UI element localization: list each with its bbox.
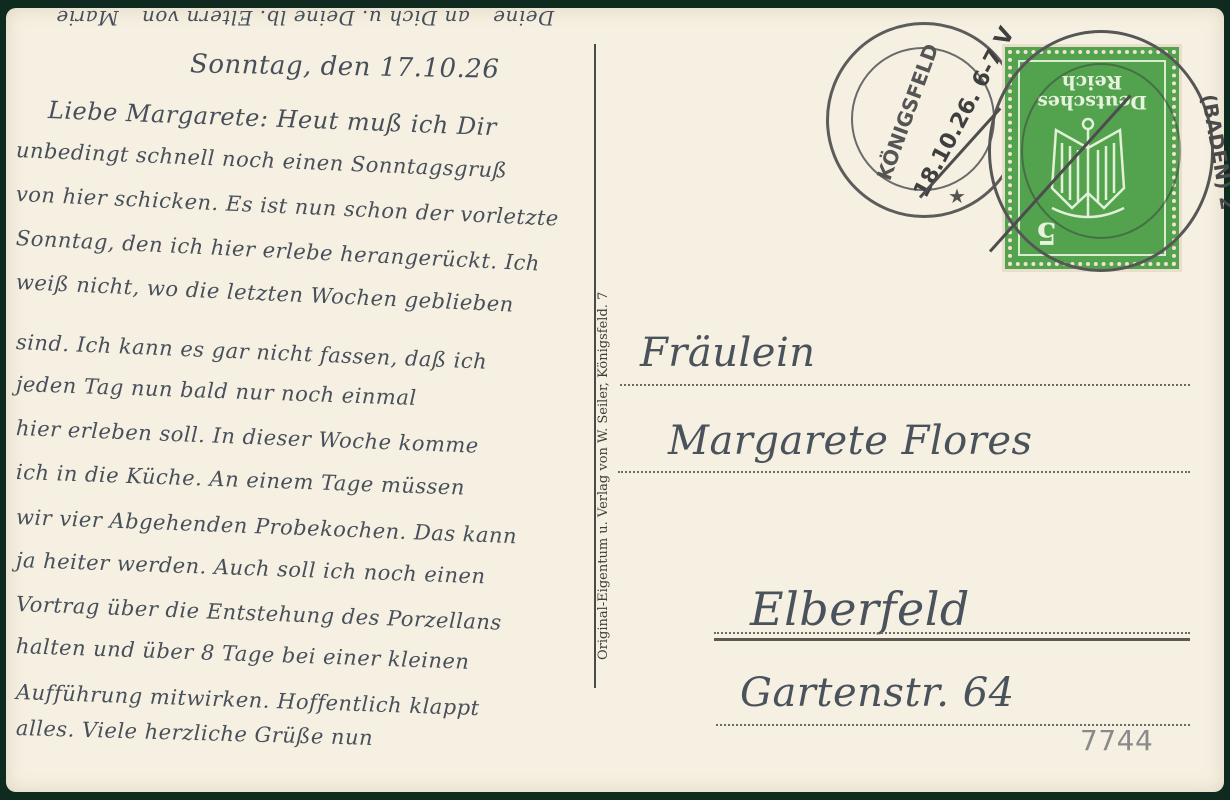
publisher-imprint: Original-Eigentum u. Verlag von W. Seile… [596,100,611,660]
date-line: Sonntag, den 17.10.26 [190,49,500,84]
address-city: Elberfeld [750,582,970,636]
upside-note-part: Marie [56,6,119,30]
pencil-note: 7744 [1080,724,1153,757]
address-street: Gartenstr. 64 [740,670,1015,716]
upside-down-closing: Deine an Dich u. Deine lb. Eltern von Ma… [20,6,590,30]
upside-note-part: an Dich u. Deine lb. Eltern von [141,6,469,30]
star-icon: ★ [948,184,966,208]
upside-note-part: Deine [493,6,554,30]
address-rule [618,471,1190,473]
postmark-right [988,30,1214,272]
address-rule-city [714,632,1190,634]
address-salutation: Fräulein [640,330,816,376]
address-rule [620,384,1190,386]
address-name: Margarete Flores [668,418,1033,464]
